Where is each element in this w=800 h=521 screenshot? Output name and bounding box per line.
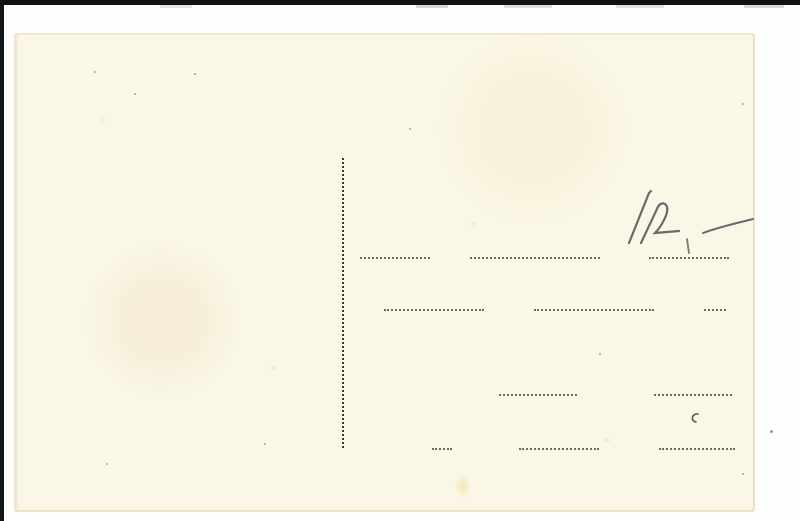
postcard-back [14,33,755,512]
scanner-left-edge [0,0,4,521]
address-line [499,394,577,396]
address-line [659,448,735,450]
paper-speck [409,128,411,130]
address-line [470,257,600,259]
paper-speck [599,353,601,355]
handwritten-price-note [619,181,755,261]
paper-speck [742,103,744,105]
paper-speck [742,473,744,475]
paper-stain [454,473,472,499]
paper-speck [94,71,96,73]
address-line [704,309,726,311]
address-line [384,309,484,311]
paper-speck [194,73,196,75]
address-line [654,394,732,396]
stray-pencil-mark [688,411,702,425]
paper-speck [106,463,108,465]
paper-speck [134,93,136,95]
scan-dust [770,430,773,433]
address-line [519,448,599,450]
postcard-scan [0,0,800,521]
address-line [360,257,430,259]
scanner-top-edge [0,0,800,5]
address-line [534,309,654,311]
card-edge-tint [14,33,18,512]
address-line [432,448,452,450]
center-divider [342,158,344,448]
paper-speck [264,443,266,445]
